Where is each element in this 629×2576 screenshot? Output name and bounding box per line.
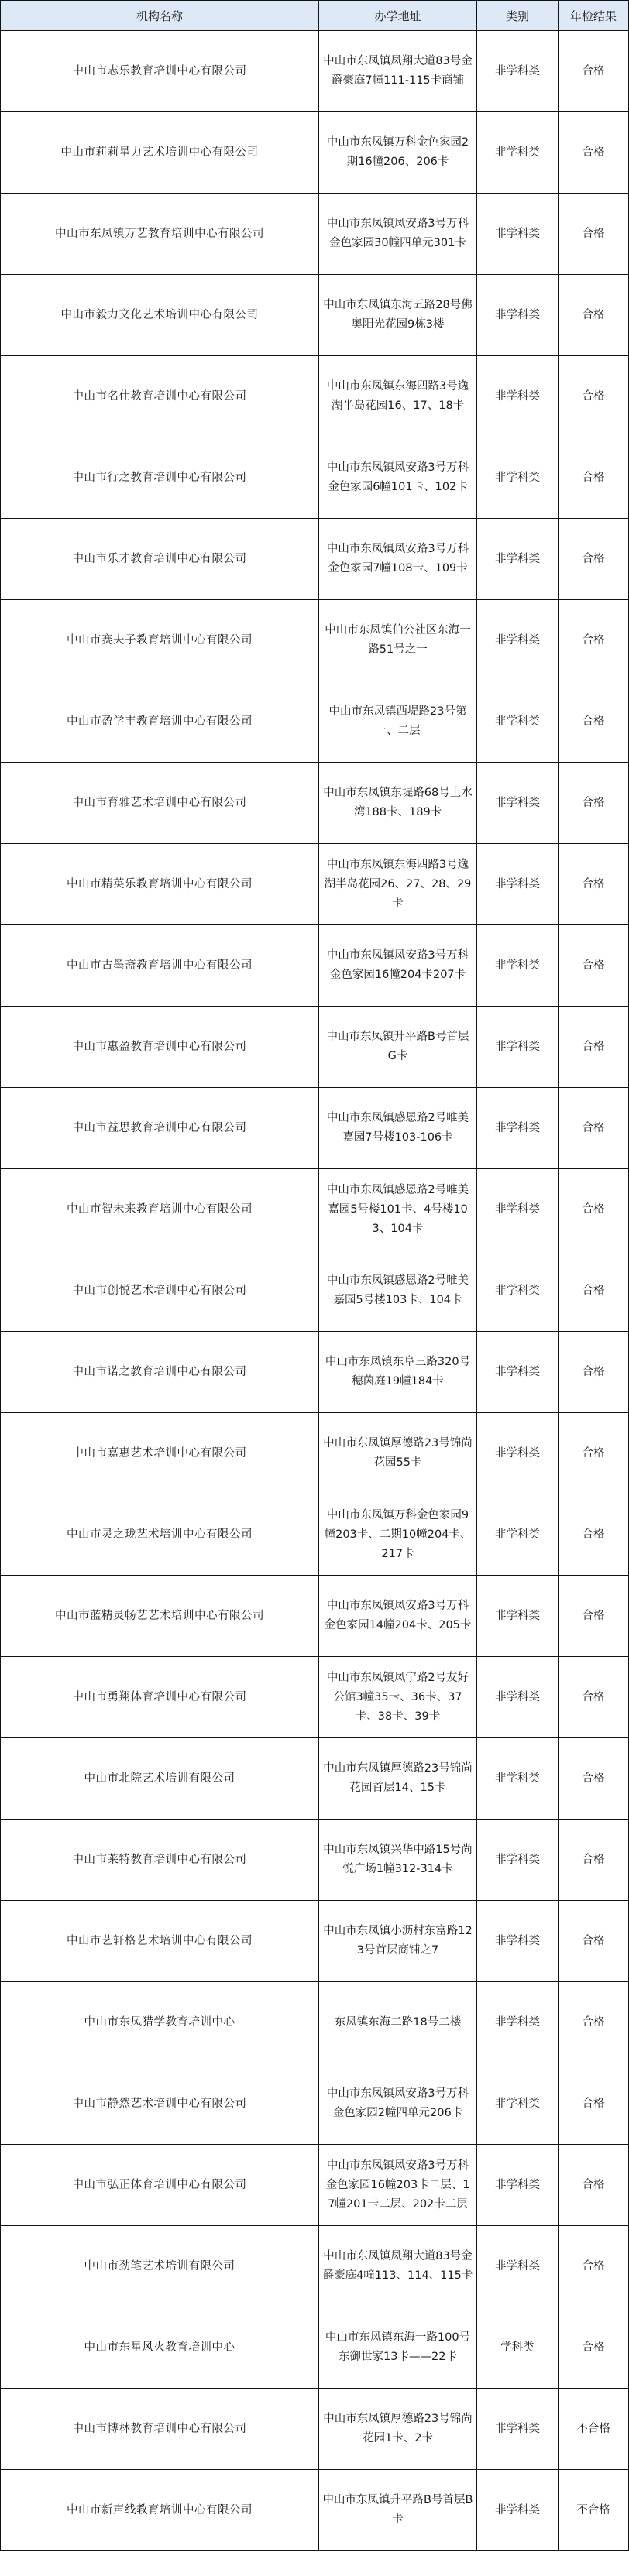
category-cell: 学科类 [477,2307,559,2389]
table-row: 中山市育雅艺术培训中心有限公司中山市东凤镇东堤路68号上水湾188卡、189卡非… [1,763,629,844]
result-cell: 合格 [559,112,629,194]
category-cell: 非学科类 [477,2145,559,2226]
table-row: 中山市创悦艺术培训中心有限公司中山市东凤镇感恩路2号唯美嘉园5号楼103卡、10… [1,1250,629,1332]
table-row: 中山市志乐教育培训中心有限公司中山市东凤镇凤翔大道83号金爵豪庭7幢111-11… [1,31,629,112]
institution-name-cell: 中山市劲笔艺术培训有限公司 [1,2226,319,2307]
address-cell: 中山市东凤镇厚德路23号锦尚花园55卡 [319,1413,477,1494]
address-cell: 中山市东凤镇东海四路3号逸湖半岛花园26、27、28、29卡 [319,844,477,925]
category-cell: 非学科类 [477,1413,559,1494]
address-cell: 中山市东凤镇凤翔大道83号金爵豪庭4幢113、114、115卡 [319,2226,477,2307]
table-row: 中山市莉莉星力艺术培训中心有限公司中山市东凤镇万科金色家园2期16幢206、20… [1,112,629,194]
institution-name-cell: 中山市惠盈教育培训中心有限公司 [1,1007,319,1088]
category-cell: 非学科类 [477,1494,559,1576]
address-cell: 中山市东凤镇东阜三路320号穗茵庭19幢184卡 [319,1332,477,1413]
category-cell: 非学科类 [477,194,559,275]
table-row: 中山市东星风火教育培训中心中山市东凤镇东海一路100号东御世家13卡——22卡学… [1,2307,629,2389]
address-cell: 中山市东凤镇凤安路3号万科金色家园30幢四单元301卡 [319,194,477,275]
result-cell: 合格 [559,437,629,519]
table-row: 中山市勇翔体育培训中心有限公司中山市东凤镇凤宁路2号友好公馆3幢35卡、36卡、… [1,1657,629,1738]
result-cell: 合格 [559,1657,629,1738]
result-cell: 合格 [559,519,629,600]
result-cell: 不合格 [559,2470,629,2551]
institution-name-cell: 中山市勇翔体育培训中心有限公司 [1,1657,319,1738]
institution-name-cell: 中山市新声线教育培训中心有限公司 [1,2470,319,2551]
address-cell: 东凤镇东海二路18号二楼 [319,1982,477,2063]
table-row: 中山市盈学丰教育培训中心有限公司中山市东凤镇西堤路23号第一、二层非学科类合格 [1,681,629,763]
table-row: 中山市静然艺术培训中心有限公司中山市东凤镇凤安路3号万科金色家园2幢四单元206… [1,2063,629,2145]
result-cell: 合格 [559,1250,629,1332]
category-cell: 非学科类 [477,1657,559,1738]
table-row: 中山市古墨斋教育培训中心有限公司中山市东凤镇凤安路3号万科金色家园16幢204卡… [1,925,629,1007]
category-cell: 非学科类 [477,356,559,437]
institution-name-cell: 中山市东凤猎学教育培训中心 [1,1982,319,2063]
category-cell: 非学科类 [477,1007,559,1088]
address-cell: 中山市东凤镇东海四路3号逸湖半岛花园16、17、18卡 [319,356,477,437]
category-cell: 非学科类 [477,2389,559,2470]
result-cell: 合格 [559,600,629,681]
address-cell: 中山市东凤镇凤翔大道83号金爵豪庭7幢111-115卡商铺 [319,31,477,112]
result-cell: 合格 [559,2226,629,2307]
address-cell: 中山市东凤镇东堤路68号上水湾188卡、189卡 [319,763,477,844]
table-row: 中山市嘉惠艺术培训中心有限公司中山市东凤镇厚德路23号锦尚花园55卡非学科类合格 [1,1413,629,1494]
address-cell: 中山市东凤镇凤安路3号万科金色家园7幢108卡、109卡 [319,519,477,600]
institution-name-cell: 中山市益思教育培训中心有限公司 [1,1088,319,1169]
category-cell: 非学科类 [477,844,559,925]
category-cell: 非学科类 [477,1901,559,1982]
result-cell: 合格 [559,1332,629,1413]
institution-name-cell: 中山市博林教育培训中心有限公司 [1,2389,319,2470]
result-cell: 合格 [559,844,629,925]
address-cell: 中山市东凤镇厚德路23号锦尚花园首层14、15卡 [319,1738,477,1820]
table-row: 中山市劲笔艺术培训有限公司中山市东凤镇凤翔大道83号金爵豪庭4幢113、114、… [1,2226,629,2307]
institution-name-cell: 中山市乐才教育培训中心有限公司 [1,519,319,600]
table-row: 中山市精英乐教育培训中心有限公司中山市东凤镇东海四路3号逸湖半岛花园26、27、… [1,844,629,925]
result-cell: 合格 [559,2145,629,2226]
result-cell: 合格 [559,1007,629,1088]
category-cell: 非学科类 [477,275,559,356]
result-cell: 合格 [559,1088,629,1169]
address-cell: 中山市东凤镇小沥村东富路123号首层商铺之7 [319,1901,477,1982]
table-row: 中山市弘正体育培训中心有限公司中山市东凤镇凤安路3号万科金色家园16幢203卡二… [1,2145,629,2226]
category-cell: 非学科类 [477,1332,559,1413]
table-row: 中山市毅力文化艺术培训中心有限公司中山市东凤镇东海五路28号佛奥阳光花园9栋3楼… [1,275,629,356]
category-cell: 非学科类 [477,681,559,763]
category-cell: 非学科类 [477,437,559,519]
institution-name-cell: 中山市蓝精灵畅艺艺术培训中心有限公司 [1,1576,319,1657]
result-cell: 合格 [559,2063,629,2145]
address-cell: 中山市东凤镇升平路B号首层G卡 [319,1007,477,1088]
institution-name-cell: 中山市古墨斋教育培训中心有限公司 [1,925,319,1007]
category-cell: 非学科类 [477,1088,559,1169]
category-cell: 非学科类 [477,600,559,681]
category-cell: 非学科类 [477,1169,559,1250]
institution-name-cell: 中山市灵之珑艺术培训中心有限公司 [1,1494,319,1576]
address-cell: 中山市东凤镇升平路B号首层B卡 [319,2470,477,2551]
category-cell: 非学科类 [477,925,559,1007]
result-cell: 合格 [559,1982,629,2063]
institution-name-cell: 中山市毅力文化艺术培训中心有限公司 [1,275,319,356]
result-cell: 合格 [559,763,629,844]
result-cell: 合格 [559,1494,629,1576]
table-row: 中山市艺轩格艺术培训中心有限公司中山市东凤镇小沥村东富路123号首层商铺之7非学… [1,1901,629,1982]
institution-name-cell: 中山市东星风火教育培训中心 [1,2307,319,2389]
table-row: 中山市智未来教育培训中心有限公司中山市东凤镇感恩路2号唯美嘉园5号楼101卡、4… [1,1169,629,1250]
institution-name-cell: 中山市盈学丰教育培训中心有限公司 [1,681,319,763]
category-cell: 非学科类 [477,31,559,112]
institution-name-cell: 中山市静然艺术培训中心有限公司 [1,2063,319,2145]
category-cell: 非学科类 [477,519,559,600]
table-row: 中山市行之教育培训中心有限公司中山市东凤镇凤安路3号万科金色家园6幢101卡、1… [1,437,629,519]
result-cell: 合格 [559,1820,629,1901]
address-cell: 中山市东凤镇感恩路2号唯美嘉园7号楼103-106卡 [319,1088,477,1169]
category-cell: 非学科类 [477,2063,559,2145]
address-cell: 中山市东凤镇凤安路3号万科金色家园14幢204卡、205卡 [319,1576,477,1657]
institution-name-cell: 中山市精英乐教育培训中心有限公司 [1,844,319,925]
result-cell: 合格 [559,275,629,356]
institution-name-cell: 中山市东凤镇万艺教育培训中心有限公司 [1,194,319,275]
address-cell: 中山市东凤镇东海一路100号东御世家13卡——22卡 [319,2307,477,2389]
category-cell: 非学科类 [477,112,559,194]
address-cell: 中山市东凤镇感恩路2号唯美嘉园5号楼101卡、4号楼103、104卡 [319,1169,477,1250]
address-cell: 中山市东凤镇西堤路23号第一、二层 [319,681,477,763]
institution-name-cell: 中山市赛夫子教育培训中心有限公司 [1,600,319,681]
category-cell: 非学科类 [477,1576,559,1657]
address-cell: 中山市东凤镇凤安路3号万科金色家园16幢204卡207卡 [319,925,477,1007]
result-cell: 合格 [559,925,629,1007]
address-cell: 中山市东凤镇万科金色家园2期16幢206、206卡 [319,112,477,194]
institution-name-cell: 中山市志乐教育培训中心有限公司 [1,31,319,112]
institution-name-cell: 中山市育雅艺术培训中心有限公司 [1,763,319,844]
table-row: 中山市益思教育培训中心有限公司中山市东凤镇感恩路2号唯美嘉园7号楼103-106… [1,1088,629,1169]
address-cell: 中山市东凤镇兴华中路15号尚悦广场1幢312-314卡 [319,1820,477,1901]
institution-name-cell: 中山市创悦艺术培训中心有限公司 [1,1250,319,1332]
address-cell: 中山市东凤镇东海五路28号佛奥阳光花园9栋3楼 [319,275,477,356]
category-cell: 非学科类 [477,1982,559,2063]
address-cell: 中山市东凤镇凤安路3号万科金色家园2幢四单元206卡 [319,2063,477,2145]
inspection-results-table: 机构名称 办学地址 类别 年检结果 中山市志乐教育培训中心有限公司中山市东凤镇凤… [0,0,629,2551]
category-cell: 非学科类 [477,2470,559,2551]
institution-name-cell: 中山市艺轩格艺术培训中心有限公司 [1,1901,319,1982]
result-cell: 合格 [559,681,629,763]
result-cell: 合格 [559,2307,629,2389]
institution-name-cell: 中山市嘉惠艺术培训中心有限公司 [1,1413,319,1494]
table-row: 中山市新声线教育培训中心有限公司中山市东凤镇升平路B号首层B卡非学科类不合格 [1,2470,629,2551]
table-row: 中山市蓝精灵畅艺艺术培训中心有限公司中山市东凤镇凤安路3号万科金色家园14幢20… [1,1576,629,1657]
institution-name-cell: 中山市行之教育培训中心有限公司 [1,437,319,519]
category-cell: 非学科类 [477,763,559,844]
column-header-category: 类别 [477,1,559,31]
address-cell: 中山市东凤镇厚德路23号锦尚花园1卡、2卡 [319,2389,477,2470]
category-cell: 非学科类 [477,1250,559,1332]
table-row: 中山市莱特教育培训中心有限公司中山市东凤镇兴华中路15号尚悦广场1幢312-31… [1,1820,629,1901]
institution-name-cell: 中山市智未来教育培训中心有限公司 [1,1169,319,1250]
address-cell: 中山市东凤镇万科金色家园9幢203卡、二期10幢204卡、217卡 [319,1494,477,1576]
column-header-institution-name: 机构名称 [1,1,319,31]
result-cell: 合格 [559,31,629,112]
table-row: 中山市赛夫子教育培训中心有限公司中山市东凤镇伯公社区东海一路51号之一非学科类合… [1,600,629,681]
institution-name-cell: 中山市北院艺术培训有限公司 [1,1738,319,1820]
institution-name-cell: 中山市莱特教育培训中心有限公司 [1,1820,319,1901]
institution-name-cell: 中山市名仕教育培训中心有限公司 [1,356,319,437]
address-cell: 中山市东凤镇凤宁路2号友好公馆3幢35卡、36卡、37卡、38卡、39卡 [319,1657,477,1738]
address-cell: 中山市东凤镇感恩路2号唯美嘉园5号楼103卡、104卡 [319,1250,477,1332]
address-cell: 中山市东凤镇凤安路3号万科金色家园16幢203卡二层、17幢201卡二层、202… [319,2145,477,2226]
institution-name-cell: 中山市莉莉星力艺术培训中心有限公司 [1,112,319,194]
table-row: 中山市东凤猎学教育培训中心东凤镇东海二路18号二楼非学科类合格 [1,1982,629,2063]
category-cell: 非学科类 [477,2226,559,2307]
result-cell: 合格 [559,1169,629,1250]
table-row: 中山市博林教育培训中心有限公司中山市东凤镇厚德路23号锦尚花园1卡、2卡非学科类… [1,2389,629,2470]
category-cell: 非学科类 [477,1820,559,1901]
table-row: 中山市东凤镇万艺教育培训中心有限公司中山市东凤镇凤安路3号万科金色家园30幢四单… [1,194,629,275]
result-cell: 合格 [559,1901,629,1982]
address-cell: 中山市东凤镇伯公社区东海一路51号之一 [319,600,477,681]
result-cell: 合格 [559,194,629,275]
address-cell: 中山市东凤镇凤安路3号万科金色家园6幢101卡、102卡 [319,437,477,519]
result-cell: 合格 [559,1576,629,1657]
table-row: 中山市北院艺术培训有限公司中山市东凤镇厚德路23号锦尚花园首层14、15卡非学科… [1,1738,629,1820]
table-row: 中山市诺之教育培训中心有限公司中山市东凤镇东阜三路320号穗茵庭19幢184卡非… [1,1332,629,1413]
result-cell: 合格 [559,1413,629,1494]
result-cell: 合格 [559,1738,629,1820]
category-cell: 非学科类 [477,1738,559,1820]
table-row: 中山市名仕教育培训中心有限公司中山市东凤镇东海四路3号逸湖半岛花园16、17、1… [1,356,629,437]
result-cell: 合格 [559,356,629,437]
table-row: 中山市灵之珑艺术培训中心有限公司中山市东凤镇万科金色家园9幢203卡、二期10幢… [1,1494,629,1576]
institution-name-cell: 中山市诺之教育培训中心有限公司 [1,1332,319,1413]
institution-name-cell: 中山市弘正体育培训中心有限公司 [1,2145,319,2226]
result-cell: 不合格 [559,2389,629,2470]
table-row: 中山市乐才教育培训中心有限公司中山市东凤镇凤安路3号万科金色家园7幢108卡、1… [1,519,629,600]
column-header-address: 办学地址 [319,1,477,31]
column-header-inspection-result: 年检结果 [559,1,629,31]
table-row: 中山市惠盈教育培训中心有限公司中山市东凤镇升平路B号首层G卡非学科类合格 [1,1007,629,1088]
table-header-row: 机构名称 办学地址 类别 年检结果 [1,1,629,31]
